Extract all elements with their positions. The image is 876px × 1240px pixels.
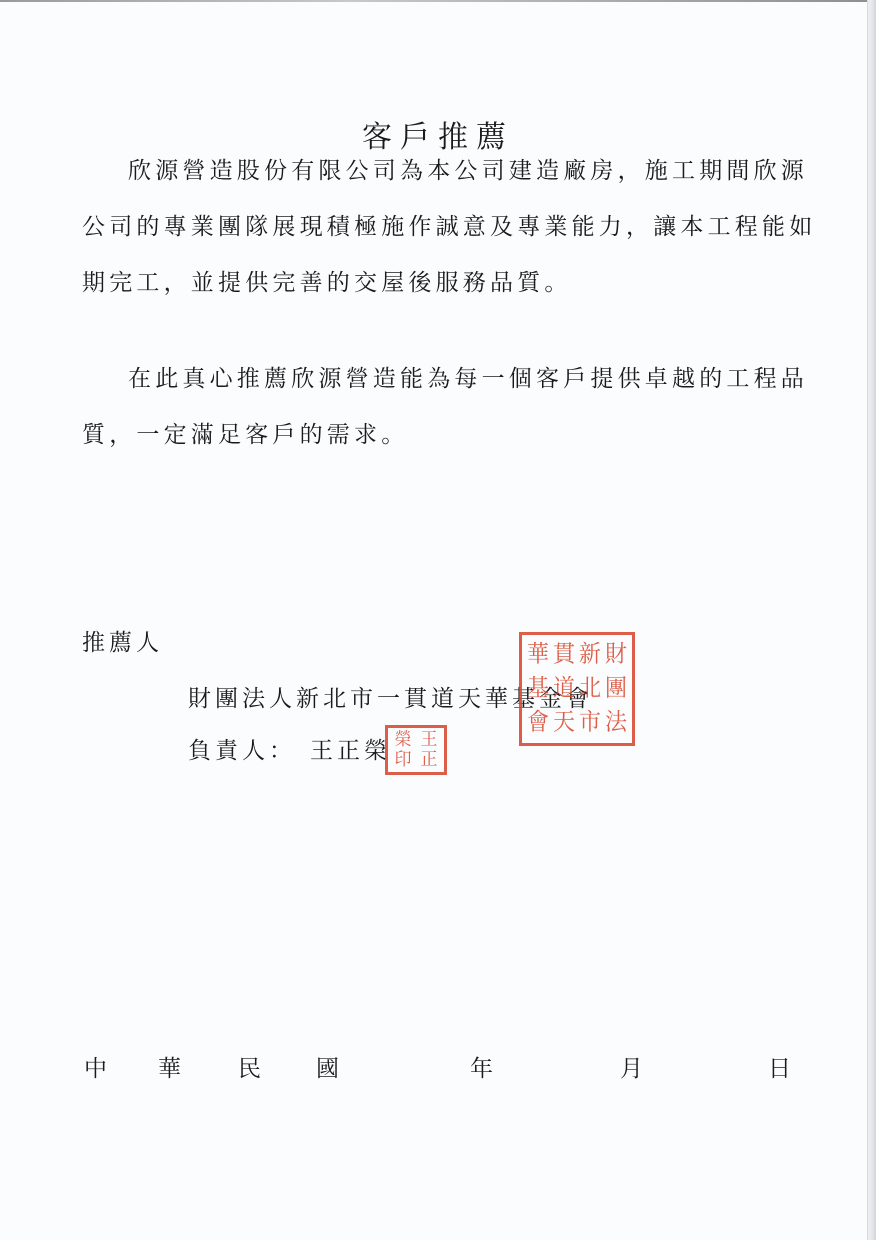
responsible-person-name: 王正榮 [310,738,391,764]
seal-char: 王 [421,731,438,749]
seal-char: 榮 [395,731,412,749]
seal-char: 市 [579,711,601,734]
organization-seal-stamp: 財 團 法 新 北 市 貫 道 天 華 基 會 [519,632,635,746]
date-year-label: 年 [470,1054,493,1084]
seal-char: 正 [421,751,438,769]
seal-char: 財 [605,643,627,666]
responsible-person-label: 負責人： [188,738,296,764]
paragraph-intro: 欣源營造股份有限公司為本公司建造廠房，施工期間欣源 公司的專業團隊展現積極施作誠… [82,143,802,311]
scan-edge-top [0,0,876,2]
recommender-label: 推薦人 [82,628,163,658]
seal-char: 新 [579,643,601,666]
seal-char: 北 [579,677,601,700]
paragraph-line: 期完工，並提供完善的交屋後服務品質。 [82,255,802,311]
date-char-guo: 國 [316,1054,339,1084]
seal-char: 基 [527,677,549,700]
responsible-person: 負責人：王正榮 [188,736,391,766]
paragraph-recommendation: 在此真心推薦欣源營造能為每一個客戶提供卓越的工程品 質，一定滿足客戶的需求。 [82,351,802,463]
personal-seal-stamp: 王 正 榮 印 [385,725,447,775]
paragraph-line: 在此真心推薦欣源營造能為每一個客戶提供卓越的工程品 [82,351,802,407]
paragraph-line: 質，一定滿足客戶的需求。 [82,407,802,463]
paragraph-line: 公司的專業團隊展現積極施作誠意及專業能力，讓本工程能如 [82,199,802,255]
seal-char: 印 [395,751,412,769]
date-month-label: 月 [620,1054,643,1084]
date-char-hua: 華 [158,1054,181,1084]
seal-char: 貫 [553,643,575,666]
seal-char: 華 [527,643,549,666]
seal-char: 道 [553,677,575,700]
date-char-zhong: 中 [84,1054,107,1084]
seal-char: 團 [605,677,627,700]
seal-char: 會 [527,711,549,734]
date-line: 中 華 民 國 年 月 日 [0,1054,876,1084]
date-day-label: 日 [768,1054,791,1084]
seal-char: 天 [553,711,575,734]
seal-char: 法 [605,711,627,734]
paragraph-line: 欣源營造股份有限公司為本公司建造廠房，施工期間欣源 [82,143,802,199]
date-char-min: 民 [238,1054,261,1084]
